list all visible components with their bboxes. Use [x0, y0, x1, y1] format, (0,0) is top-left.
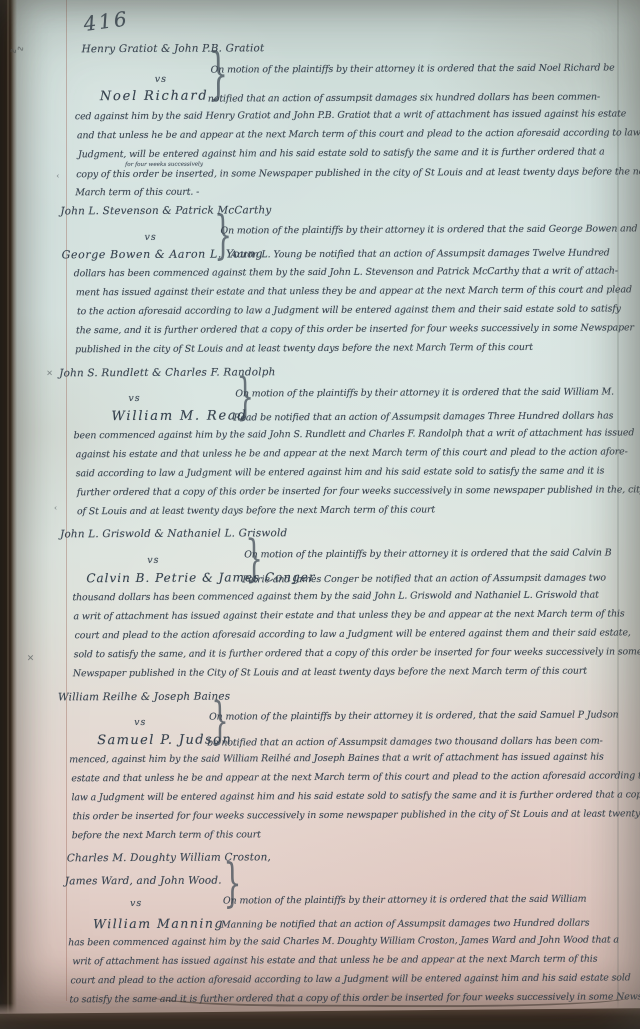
court-order-entry: William Reilhe & Joseph Baines } On moti… — [0, 0, 637, 2]
court-order-entry: John L. Griswold & Nathaniel L. Griswold… — [0, 0, 637, 2]
record-line: law a Judgment will be entered against h… — [71, 789, 640, 803]
record-line: the same, and it is further ordered that… — [76, 322, 634, 336]
plaintiff-names: William Reilhe & Joseph Baines — [58, 690, 230, 703]
court-order-entry: Henry Gratiot & John P.B. Gratiot } On m… — [0, 0, 637, 2]
plaintiff-names: Henry Gratiot & John P.B. Gratiot — [82, 42, 265, 55]
defendant-name: William M. Read — [111, 408, 247, 424]
handwritten-ink-layer: 416 ∿∿ Henry Gratiot & John P.B. Gratiot… — [0, 0, 640, 1029]
record-line: writ of attachment has issued against hi… — [72, 954, 597, 968]
court-order-entry: John L. Stevenson & Patrick McCarthy } O… — [0, 0, 637, 2]
court-order-entry: Charles M. Doughty William Croston, Jame… — [0, 0, 637, 2]
record-line: estate and that unless he be and appear … — [71, 770, 640, 784]
vs-marker: vs — [155, 74, 167, 85]
record-line: said according to law a Judgment will be… — [76, 466, 605, 480]
record-line: and that unless he be and appear at the … — [77, 127, 640, 141]
defendant-name: Noel Richard — [100, 89, 209, 105]
record-line: has been commenced against him by the sa… — [68, 934, 619, 948]
record-line: court and plead to the action aforesaid … — [75, 627, 631, 641]
record-line: against his estate and that unless he be… — [76, 446, 628, 460]
record-line: On motion of the plaintiffs by their att… — [209, 709, 619, 722]
record-line: On motion of the plaintiffs by their att… — [211, 62, 615, 75]
record-line: notified that an action of assumpsit dam… — [208, 92, 600, 105]
record-line: of St Louis and at least twenty days bef… — [77, 504, 435, 517]
record-line: On motion of the plaintiffs by their att… — [244, 547, 611, 560]
vs-marker: vs — [128, 393, 140, 404]
record-line: Newspaper published in the City of St Lo… — [73, 666, 587, 680]
record-line: ment has issued against their estate and… — [76, 284, 632, 298]
record-line: March term of this court. - — [75, 187, 199, 199]
ledger-page: 416 ∿∿ Henry Gratiot & John P.B. Gratiot… — [0, 0, 640, 1029]
margin-x-mark: × — [27, 653, 35, 663]
vs-marker: vs — [134, 717, 146, 728]
record-line: dollars has been commenced against them … — [74, 265, 618, 279]
margin-x-mark: × — [46, 368, 53, 377]
record-line: ced against him by the said Henry Gratio… — [75, 108, 626, 122]
record-line: Read be notified that an action of Assum… — [233, 410, 613, 423]
record-line: before the next March term of this court — [72, 829, 261, 841]
page-number: 416 — [82, 6, 130, 36]
record-line: published in the city of St Louis and at… — [75, 342, 533, 355]
record-line: On motion of the plaintiffs by their att… — [223, 894, 586, 907]
vs-marker: vs — [145, 232, 157, 243]
record-line: a writ of attachment has issued against … — [74, 608, 625, 622]
record-line: Judgment, will be entered against him an… — [78, 147, 605, 161]
margin-caret-mark: ‹ — [54, 503, 57, 512]
record-line: be notified that an action of Assumpsit … — [207, 736, 603, 749]
record-line: this order be inserted for four weeks su… — [73, 808, 640, 822]
record-line: sold to satisfy the same, and it is furt… — [74, 646, 640, 660]
record-line: Petrie and James Conger be notified that… — [242, 573, 606, 586]
vs-marker: vs — [130, 898, 142, 909]
record-line: thousand dollars has been commenced agai… — [72, 590, 598, 604]
record-line: been commenced against him by the said J… — [74, 427, 635, 441]
record-line: copy of this order be inserted, in some … — [76, 166, 640, 180]
record-line: Manning be notified that an action of As… — [221, 918, 589, 931]
plaintiff-names: James Ward, and John Wood. — [65, 875, 222, 888]
court-order-entry: × John S. Rundlett & Charles F. Randolph… — [0, 0, 637, 2]
record-line: court and plead to the action aforesaid … — [70, 972, 630, 986]
record-line: to the action aforesaid according to law… — [77, 303, 621, 317]
record-line: menced, against him by the said William … — [69, 752, 604, 766]
record-line: Aaron L. Young be notified that an actio… — [231, 247, 610, 260]
margin-pencil-scribble: ∿∿ — [8, 43, 25, 57]
margin-caret-mark: ‹ — [56, 171, 59, 180]
vs-marker: vs — [147, 555, 159, 566]
record-line: On motion of the plaintiffs by their att… — [235, 386, 614, 399]
interlineation-note: for four weeks successively — [125, 162, 203, 168]
plaintiff-names: John L. Stevenson & Patrick McCarthy — [60, 204, 271, 217]
record-line: further ordered that a copy of this orde… — [77, 484, 640, 498]
record-line: On motion of the plaintiffs by their att… — [220, 223, 637, 236]
defendant-name: William Manning — [93, 916, 224, 932]
